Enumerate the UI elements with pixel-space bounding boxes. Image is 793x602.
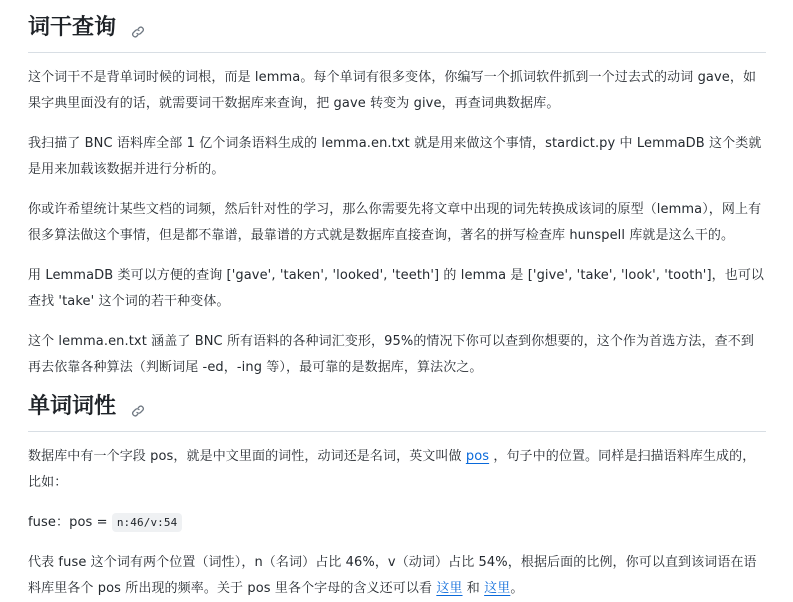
paragraph-pos-intro: 数据库中有一个字段 pos，就是中文里面的词性，动词还是名词，英文叫做 pos … [28, 444, 766, 496]
heading-pos-text: 单词词性 [28, 394, 116, 419]
link-icon[interactable] [130, 18, 146, 34]
paragraph: 我扫描了 BNC 语料库全部 1 亿个词条语料生成的 lemma.en.txt … [28, 131, 766, 183]
paragraph: 这个 lemma.en.txt 涵盖了 BNC 所有语料的各种词汇变形，95%的… [28, 329, 766, 381]
link-icon[interactable] [130, 397, 146, 413]
text: 数据库中有一个字段 pos，就是中文里面的词性，动词还是名词，英文叫做 [28, 449, 466, 464]
text: fuse：pos = [28, 515, 112, 530]
heading-pos: 单词词性 [28, 391, 766, 432]
paragraph: 这个词干不是背单词时候的词根，而是 lemma。每个单词有很多变体，你编写一个抓… [28, 65, 766, 117]
pos-link[interactable]: pos [466, 449, 489, 464]
text: 代表 fuse 这个词有两个位置（词性），n（名词）占比 46%，v（动词）占比… [28, 555, 757, 582]
heading-lemma: 词干查询 [28, 12, 766, 53]
heading-lemma-text: 词干查询 [28, 15, 116, 40]
paragraph-pos-example: fuse：pos = n:46/v:54 [28, 510, 766, 536]
paragraph: 你或许希望统计某些文档的词频，然后针对性的学习，那么你需要先将文章中出现的词先转… [28, 197, 766, 249]
paragraph-pos-explain: 代表 fuse 这个词有两个位置（词性），n（名词）占比 46%，v（动词）占比… [28, 550, 766, 582]
markdown-body: 词干查询 这个词干不是背单词时候的词根，而是 lemma。每个单词有很多变体，你… [28, 0, 766, 582]
inline-code: n:46/v:54 [112, 513, 183, 532]
paragraph: 用 LemmaDB 类可以方便的查询 ['gave', 'taken', 'lo… [28, 263, 766, 315]
